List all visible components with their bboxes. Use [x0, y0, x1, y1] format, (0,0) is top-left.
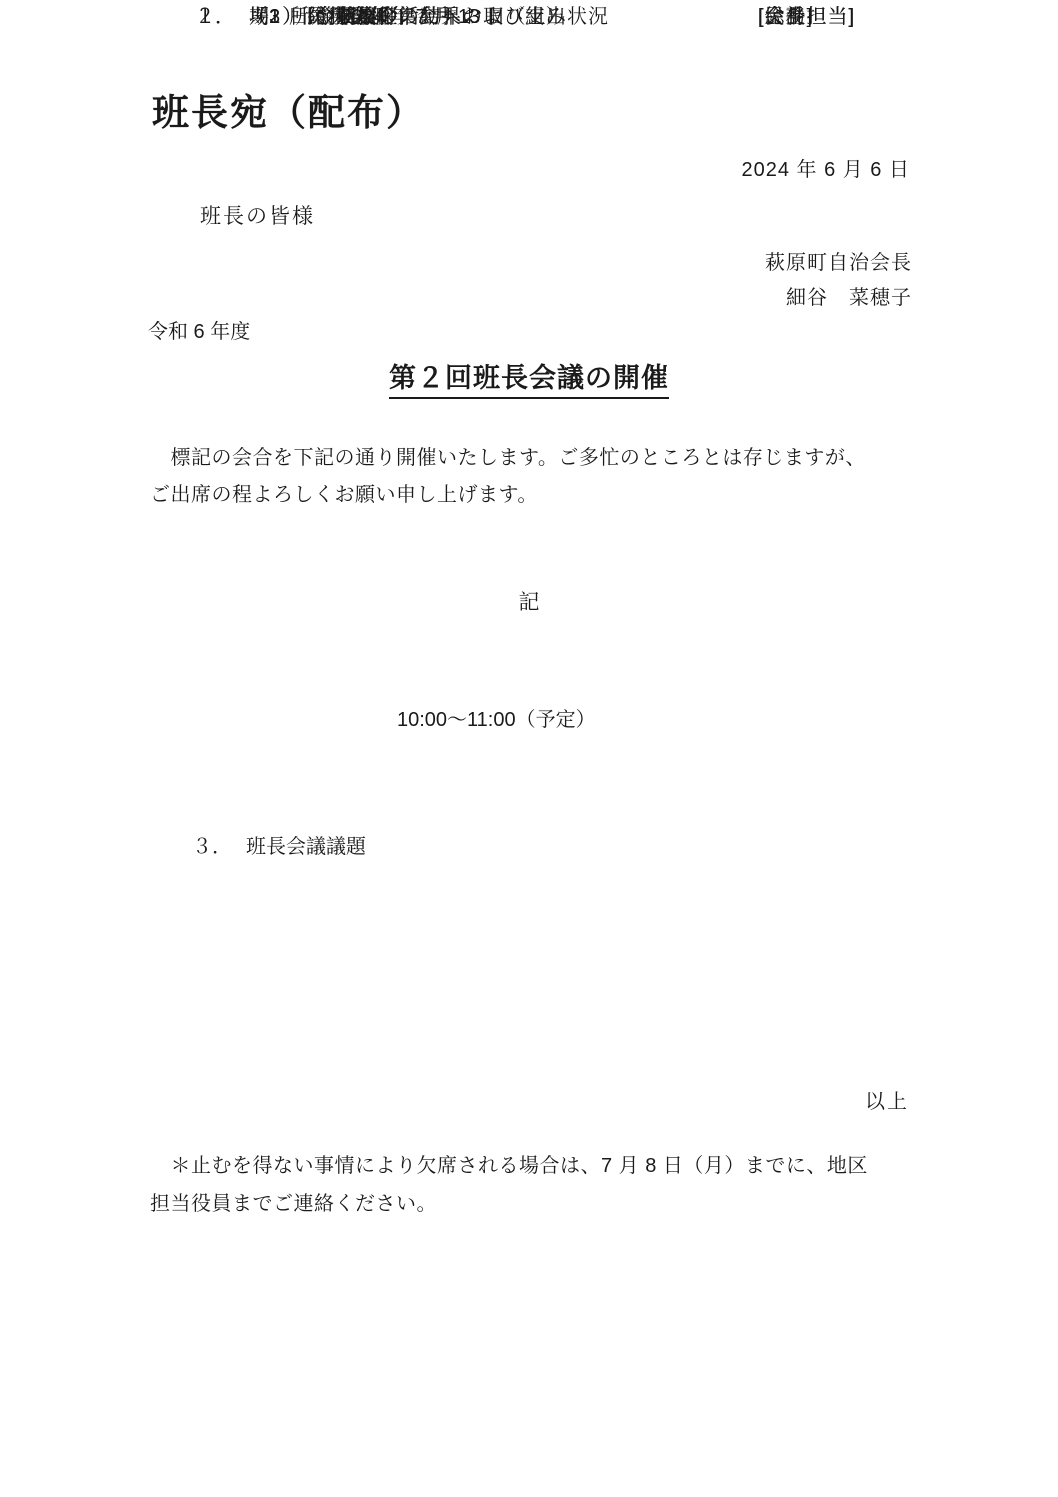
footnote-line-2: 担当役員までご連絡ください。 [150, 1193, 437, 1215]
record-marker: 記 [0, 586, 1058, 616]
closing-marker: 以上 [865, 1085, 909, 1114]
sender-org: 萩原町自治会長 [765, 246, 912, 281]
body-line-1: 標記の会合を下記の通り開催いたします。ご多忙のところとは存じますが、 [150, 447, 866, 469]
document-date: 2024 年 6 月 6 日 [741, 153, 910, 182]
page-title: 第２回班長会議の開催 [389, 356, 669, 399]
sender-block: 萩原町自治会長 細谷 菜穂子 [765, 246, 912, 316]
addressee: 班長の皆様 [200, 200, 315, 230]
document-page: 班長宛（配布） 2024 年 6 月 6 日 班長の皆様 萩原町自治会長 細谷 … [0, 0, 1058, 1497]
header-tag: 班長宛（配布） [152, 82, 425, 136]
footnote-paragraph: ＊止むを得ない事情により欠席される場合は、7 月 8 日（月）までに、地区 担当… [150, 1147, 948, 1223]
body-line-2: ご出席の程よろしくお願い申し上げます。 [150, 484, 538, 506]
body-paragraph: 標記の会合を下記の通り開催いたします。ご多忙のところとは存じますが、 ご出席の程… [150, 440, 938, 514]
agenda-item-number: （3） [247, 0, 304, 29]
fiscal-year: 令和 6 年度 [148, 315, 250, 344]
title-row: 第２回班長会議の開催 [0, 356, 1058, 399]
agenda-section-number: ３． [192, 836, 232, 858]
venue-number: ２． [195, 6, 235, 28]
agenda-section-label: 班長会議議題 [246, 836, 366, 858]
sender-name: 細谷 菜穂子 [765, 281, 912, 316]
agenda-section-heading: ３．班長会議議題 [192, 830, 366, 859]
sub-agenda-topic: 総務関係 [307, 0, 391, 29]
schedule-time: 10:00～11:00（予定） [397, 703, 596, 732]
sub-agenda-owner: [総務担当] [758, 0, 855, 29]
footnote-line-1: ＊止むを得ない事情により欠席される場合は、7 月 8 日（月）までに、地区 [150, 1155, 868, 1177]
